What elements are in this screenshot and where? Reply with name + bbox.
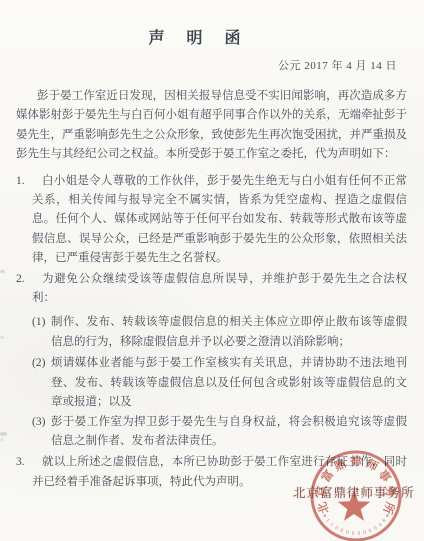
svg-text:1: 1 bbox=[324, 518, 330, 524]
item-number: 3. bbox=[16, 453, 25, 472]
intro-paragraph: 彭于晏工作室近日发现，因相关报导信息受不实旧闻影响，再次造成多方媒体影射彭于晏先… bbox=[16, 87, 407, 165]
item-number: 2. bbox=[16, 270, 25, 289]
svg-text:0: 0 bbox=[373, 525, 379, 532]
document-body: 彭于晏工作室近日发现，因相关报导信息受不实旧闻影响，再次造成多方媒体影射彭于晏先… bbox=[0, 87, 424, 492]
sub-item-text: 彭于晏工作室为捍卫彭于晏先生与自身权益，将会积极追究该等虚假信息之制作者、发布者… bbox=[51, 416, 407, 447]
statement-letter-page: 声 明 函 公元 2017 年 4 月 14 日 彭于晏工作室近日发现，因相关报… bbox=[0, 0, 424, 541]
svg-text:4: 4 bbox=[378, 522, 384, 529]
sub-item-text: 制作、发布、转载该等虚假信息的相关主体应立即停止散布该等虚假信息的行为，移除虚假… bbox=[51, 316, 407, 347]
list-item-2: 2. 为避免公众继续受该等虚假信息所误导，并维护彭于晏先生之合法权利： (1) … bbox=[16, 270, 407, 452]
document-title: 声 明 函 bbox=[0, 0, 411, 48]
sub-item-number: (3) bbox=[32, 413, 45, 432]
svg-text:0: 0 bbox=[339, 528, 344, 535]
sub-item-1: (1) 制作、发布、转载该等虚假信息的相关主体应立即停止散布该等虚假信息的行为，… bbox=[32, 313, 407, 352]
svg-text:0: 0 bbox=[357, 531, 360, 537]
svg-text:0: 0 bbox=[351, 531, 354, 537]
item-text: 白小姐是令人尊敬的工作伙伴，彭于晏先生绝无与白小姐有任何不正常关系，相关传闻与报… bbox=[32, 175, 407, 265]
item-text: 为避免公众继续受该等虚假信息所误导，并维护彭于晏先生之合法权利： bbox=[32, 273, 407, 304]
law-firm-name: 北京富鼎律师事务所 bbox=[293, 483, 421, 501]
svg-text:0: 0 bbox=[334, 525, 340, 532]
svg-text:律: 律 bbox=[349, 454, 362, 468]
scan-artifact bbox=[0, 432, 7, 436]
sub-item-number: (1) bbox=[32, 313, 45, 332]
list-item-1: 1. 白小姐是令人尊敬的工作伙伴，彭于晏先生绝无与白小姐有任何不正常关系，相关传… bbox=[16, 172, 407, 269]
svg-text:0: 0 bbox=[363, 530, 367, 537]
scan-artifact bbox=[0, 336, 4, 339]
svg-text:0: 0 bbox=[368, 528, 373, 535]
scan-artifact bbox=[0, 270, 5, 273]
scan-artifact bbox=[0, 438, 4, 441]
document-date: 公元 2017 年 4 月 14 日 bbox=[0, 57, 424, 73]
svg-text:1: 1 bbox=[329, 522, 335, 529]
svg-text:0: 0 bbox=[345, 530, 349, 537]
sub-item-text: 烦请媒体业者能与彭于晏工作室核实有关讯息，并请协助不违法地刊登、发布、转载该等虚… bbox=[51, 357, 407, 408]
item-number: 1. bbox=[16, 172, 25, 191]
sub-item-number: (2) bbox=[32, 354, 45, 373]
sub-item-2: (2) 烦请媒体业者能与彭于晏工作室核实有关讯息，并请协助不违法地刊登、发布、转… bbox=[32, 354, 407, 412]
